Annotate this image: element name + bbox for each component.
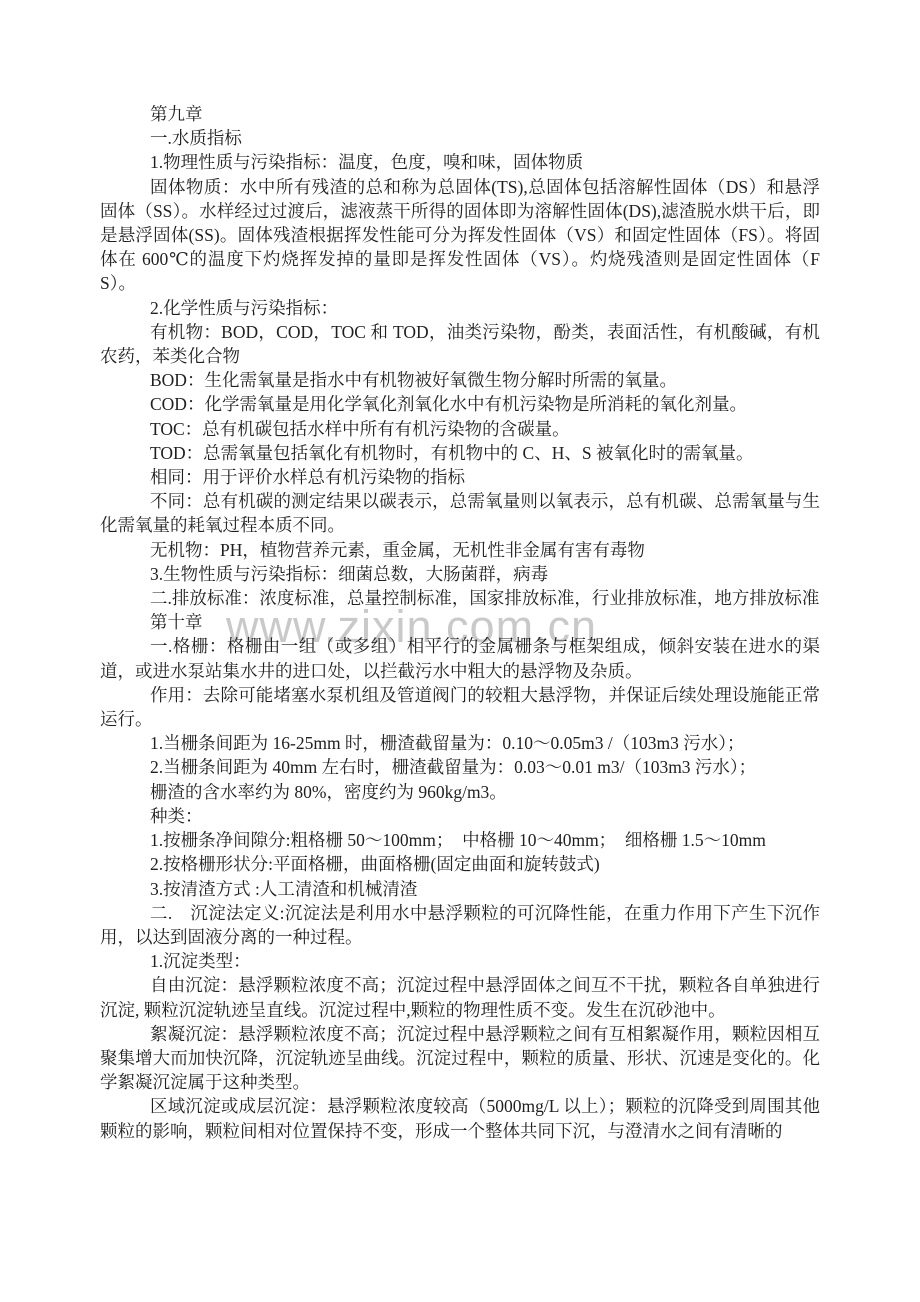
paragraph: 无机物：PH，植物营养元素，重金属，无机性非金属有害有毒物: [100, 538, 820, 562]
paragraph: 2.按格栅形状分:平面格栅，曲面格栅(固定曲面和旋转鼓式): [100, 852, 820, 876]
paragraph: 1.沉淀类型：: [100, 949, 820, 973]
paragraph: 固体物质：水中所有残渣的总和称为总固体(TS),总固体包括溶解性固体（DS）和悬…: [100, 175, 820, 296]
paragraph: COD：化学需氧量是用化学氧化剂氧化水中有机污染物是所消耗的氧化剂量。: [100, 392, 820, 416]
paragraph: 二. 沉淀法定义:沉淀法是利用水中悬浮颗粒的可沉降性能，在重力作用下产生下沉作用…: [100, 901, 820, 949]
paragraph: 种类：: [100, 804, 820, 828]
paragraph: 栅渣的含水率约为 80%，密度约为 960kg/m3。: [100, 780, 820, 804]
paragraph: 区域沉淀或成层沉淀：悬浮颗粒浓度较高（5000mg/L 以上）；颗粒的沉降受到周…: [100, 1094, 820, 1142]
paragraph: 1.物理性质与污染指标：温度，色度，嗅和味，固体物质: [100, 150, 820, 174]
paragraph: TOD：总需氧量包括氧化有机物时，有机物中的 C、H、S 被氧化时的需氧量。: [100, 441, 820, 465]
paragraph: 3.按清渣方式 :人工清渣和机械清渣: [100, 877, 820, 901]
paragraph: 2.化学性质与污染指标：: [100, 296, 820, 320]
document-page: www.zixin.com.cn 第九章一.水质指标1.物理性质与污染指标：温度…: [0, 0, 920, 1302]
document-content: 第九章一.水质指标1.物理性质与污染指标：温度，色度，嗅和味，固体物质固体物质：…: [100, 102, 820, 1143]
paragraph: 作用：去除可能堵塞水泵机组及管道阀门的较粗大悬浮物，并保证后续处理设施能正常运行…: [100, 683, 820, 731]
paragraph: 相同：用于评价水样总有机污染物的指标: [100, 465, 820, 489]
paragraph: 第十章: [100, 610, 820, 634]
paragraph: 1.当栅条间距为 16-25mm 时，栅渣截留量为：0.10～0.05m3 /（…: [100, 731, 820, 755]
paragraph: 絮凝沉淀：悬浮颗粒浓度不高；沉淀过程中悬浮颗粒之间有互相絮凝作用，颗粒因相互聚集…: [100, 1022, 820, 1095]
paragraph: 第九章: [100, 102, 820, 126]
paragraph: 一.格栅：格栅由一组（或多组）相平行的金属栅条与框架组成，倾斜安装在进水的渠道，…: [100, 634, 820, 682]
paragraph: 3.生物性质与污染指标：细菌总数，大肠菌群，病毒: [100, 562, 820, 586]
paragraph: 自由沉淀：悬浮颗粒浓度不高；沉淀过程中悬浮固体之间互不干扰，颗粒各自单独进行沉淀…: [100, 973, 820, 1021]
paragraph: 一.水质指标: [100, 126, 820, 150]
paragraph: 有机物：BOD，COD，TOC 和 TOD，油类污染物，酚类，表面活性，有机酸碱…: [100, 320, 820, 368]
paragraph: 二.排放标准：浓度标准，总量控制标准，国家排放标准，行业排放标准，地方排放标准: [100, 586, 820, 610]
paragraph: 2.当栅条间距为 40mm 左右时，栅渣截留量为：0.03～0.01 m3/（1…: [100, 755, 820, 779]
paragraph: BOD：生化需氧量是指水中有机物被好氧微生物分解时所需的氧量。: [100, 368, 820, 392]
paragraph: TOC：总有机碳包括水样中所有有机污染物的含碳量。: [100, 417, 820, 441]
paragraph: 1.按栅条净间隙分:粗格栅 50～100mm； 中格栅 10～40mm； 细格栅…: [100, 828, 820, 852]
paragraph: 不同：总有机碳的测定结果以碳表示，总需氧量则以氧表示，总有机碳、总需氧量与生化需…: [100, 489, 820, 537]
